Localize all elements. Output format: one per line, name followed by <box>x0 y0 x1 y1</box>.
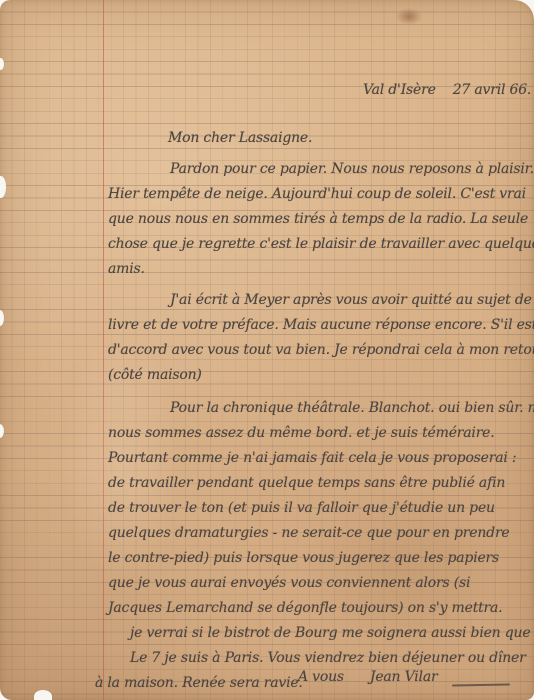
letter-line: que je vous aurai envoyés vous convienne… <box>108 571 526 596</box>
letter-line: quelques dramaturgies - ne serait-ce que… <box>108 521 526 546</box>
letter-line: de travailler pendant quelque temps sans… <box>108 471 526 496</box>
letter-salutation: Mon cher Lassaigne. <box>108 126 526 151</box>
letter-line: nous sommes assez du même bord. et je su… <box>108 421 526 446</box>
letter-line: le contre-pied) puis lorsque vous jugere… <box>108 546 526 571</box>
ink-smudge <box>396 8 422 25</box>
letter-line: Jacques Lemarchand se dégonfle toujours)… <box>108 596 526 621</box>
red-margin-line <box>103 0 104 700</box>
paper-edge-chip <box>0 58 4 70</box>
letter-line: Le 7 je suis à Paris. Vous viendrez bien… <box>108 646 526 671</box>
letter-line: je verrai si le bistrot de Bourg me soig… <box>108 621 526 646</box>
letter-signature: A vousJean Vilar <box>298 669 437 685</box>
letter-line: que nous nous en sommes tirés à temps de… <box>108 207 526 232</box>
letter-line: Pourtant comme je n'ai jamais fait cela … <box>108 446 526 471</box>
letter-line: J'ai écrit à Meyer après vous avoir quit… <box>108 288 526 313</box>
letter-place-date: Val d'Isère 27 avril 66. <box>363 82 531 98</box>
letter-line: (côté maison) <box>108 363 526 388</box>
letter-line: livre et de votre préface. Mais aucune r… <box>108 313 526 338</box>
letter-line: Hier tempête de neige. Aujourd'hui coup … <box>108 182 526 207</box>
paper-edge-chip <box>0 310 4 326</box>
letter-line: Pardon pour ce papier. Nous nous reposon… <box>108 157 526 182</box>
letter-line: d'accord avec vous tout va bien. Je répo… <box>108 338 526 363</box>
paper-edge-chip <box>0 176 6 198</box>
letter-line: de trouver le ton (et puis il va falloir… <box>108 496 526 521</box>
paper-edge-chip <box>0 424 4 438</box>
signature-closing: A vous <box>298 669 344 685</box>
letter-line: amis. <box>108 257 526 282</box>
letter-paper: Val d'Isère 27 avril 66. Mon cher Lassai… <box>0 0 534 700</box>
paper-edge-chip <box>34 690 52 700</box>
signature-name: Jean Vilar <box>370 669 438 685</box>
letter-line: Pour la chronique théâtrale. Blanchot. o… <box>108 396 526 421</box>
letter-line: chose que je regrette c'est le plaisir d… <box>108 232 526 257</box>
